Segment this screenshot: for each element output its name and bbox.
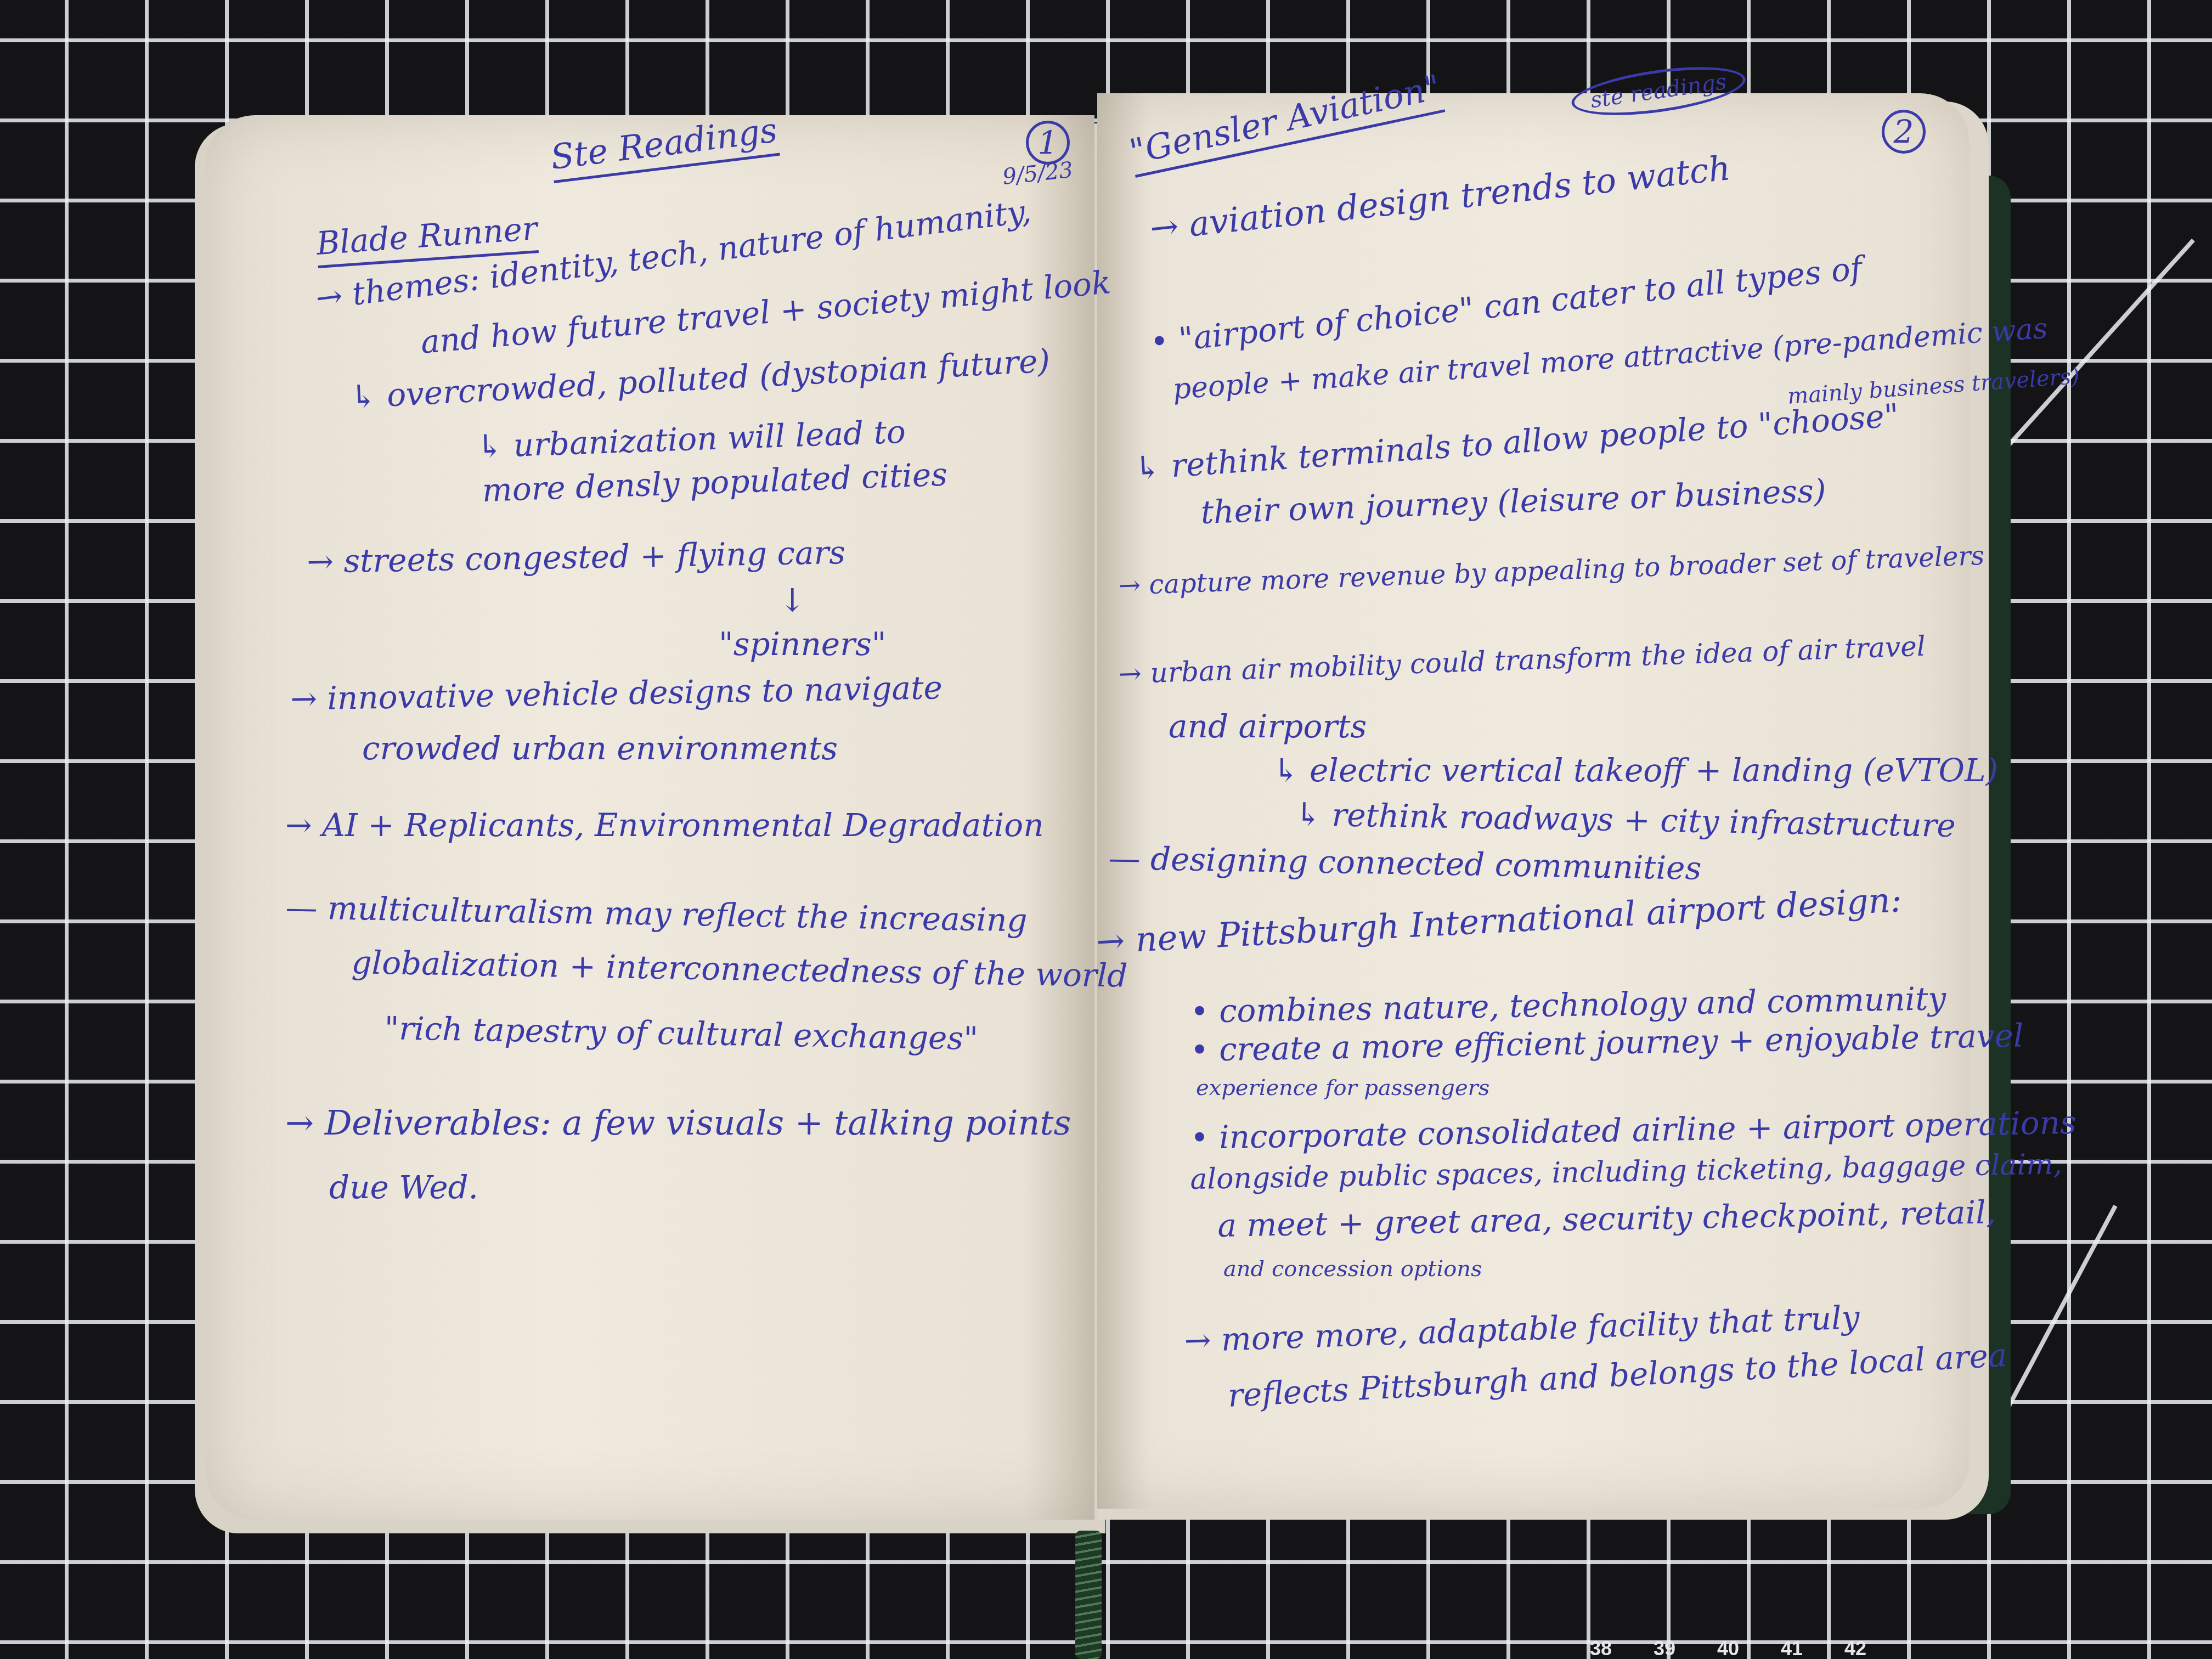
note-line: crowded urban environments [362,730,838,767]
ruler-number: 39 [1633,1637,1696,1659]
bookmark-ribbon [1075,1531,1102,1659]
page-number: 2 [1882,110,1926,154]
note-line: → AI + Replicants, Environmental Degrada… [285,806,1044,844]
arrow-down: ↓ [779,582,806,619]
due-date: due Wed. [329,1169,478,1206]
deliverables-line: → Deliverables: a few visuals + talking … [285,1103,1071,1143]
mat-ruler: 38 39 40 41 42 [1262,1637,2212,1659]
note-line: and airports [1169,708,1367,745]
ruler-number: 40 [1696,1637,1760,1659]
note-line: experience for passengers [1196,1075,1489,1101]
note-line: "spinners" [719,625,886,663]
note-line: and concession options [1223,1256,1482,1282]
ruler-number: 41 [1760,1637,1824,1659]
ruler-number: 42 [1824,1637,1887,1659]
note-line: ↳ electric vertical takeoff + landing (e… [1273,752,1998,789]
ruler-number: 38 [1569,1637,1633,1659]
